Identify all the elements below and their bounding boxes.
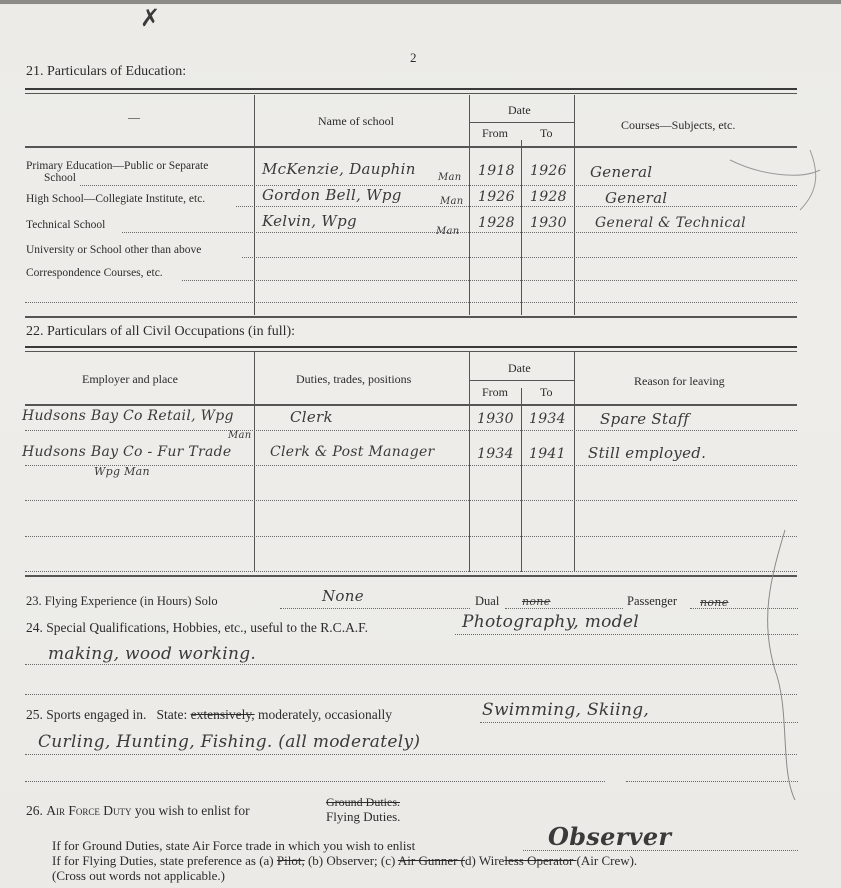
section22-top-rule: [25, 346, 797, 352]
flying-duties-question: If for Flying Duties, state preference a…: [52, 853, 637, 869]
header-duties: Duties, trades, positions: [296, 372, 411, 387]
header-date: Date: [508, 361, 531, 376]
option-wireless-operator: less Operator: [504, 853, 576, 868]
col-divider: [469, 95, 470, 315]
trade-answer-value[interactable]: Observer: [548, 822, 671, 851]
occ-reason-value[interactable]: Spare Staff: [600, 410, 689, 428]
edu-school-note: Man: [438, 172, 462, 183]
dotted-line: [25, 754, 797, 755]
col-divider: [574, 352, 575, 572]
col-divider: [521, 140, 522, 315]
section25-prefix: 25. Sports engaged in. State:: [26, 707, 187, 722]
air-crew-label: (Air Crew).: [577, 853, 638, 868]
dotted-line: [25, 430, 797, 431]
header-category: —: [128, 110, 140, 125]
header-from: From: [482, 385, 508, 400]
margin-check-mark: ✗: [140, 4, 160, 32]
option-air-gunner: Air Gunner (: [398, 853, 465, 868]
dotted-line: [25, 536, 797, 537]
edu-to-value[interactable]: 1928: [530, 189, 567, 205]
edu-school-value[interactable]: Kelvin, Wpg: [262, 212, 357, 230]
edu-row-label: Correspondence Courses, etc.: [26, 267, 163, 279]
header-courses: Courses—Subjects, etc.: [621, 118, 735, 133]
edu-to-value[interactable]: 1930: [530, 215, 567, 231]
col-divider: [254, 352, 255, 572]
page-number: 2: [410, 50, 417, 66]
occ-reason-value[interactable]: Still employed.: [588, 444, 706, 462]
cross-out-note: (Cross out words not applicable.): [52, 868, 225, 884]
section21-top-rule: [25, 88, 797, 94]
scan-edge: [0, 0, 841, 4]
section23-label: 23. Flying Experience (in Hours) Solo: [26, 594, 218, 609]
dotted-line: [280, 608, 470, 609]
edu-from-value[interactable]: 1918: [478, 163, 515, 179]
edu-from-value[interactable]: 1928: [478, 215, 515, 231]
dual-label: Dual: [475, 594, 499, 609]
occ-employer-note: Wpg Man: [94, 465, 150, 478]
section21-bottom-rule: [25, 316, 797, 318]
header-bottom-rule: [25, 404, 797, 406]
occ-to-value[interactable]: 1934: [529, 411, 566, 427]
edu-school-note: Man: [436, 226, 460, 237]
col-divider: [574, 95, 575, 315]
option-flying-duties: Flying Duties.: [326, 809, 400, 825]
header-from: From: [482, 126, 508, 141]
edu-row-label: Technical School: [26, 219, 105, 231]
option-extensively: extensively,: [191, 707, 255, 722]
ground-duties-question: If for Ground Duties, state Air Force tr…: [52, 838, 415, 854]
option-pilot: Pilot,: [277, 853, 305, 868]
qualifications-line1[interactable]: Photography, model: [462, 612, 639, 632]
occ-employer-value[interactable]: Hudsons Bay Co - Fur Trade: [22, 444, 232, 460]
col-divider: [521, 388, 522, 572]
header-name-of-school: Name of school: [318, 114, 394, 129]
section24-label: 24. Special Qualifications, Hobbies, etc…: [26, 620, 368, 636]
header-to: To: [540, 385, 553, 400]
dotted-line: [25, 571, 797, 572]
header-bottom-rule: [25, 146, 797, 148]
occ-employer-note: Man: [228, 430, 252, 441]
option-d-label: d) Wire: [465, 853, 504, 868]
edu-school-value[interactable]: McKenzie, Dauphin: [262, 160, 416, 178]
dotted-line: [25, 781, 605, 782]
solo-hours-value[interactable]: None: [322, 587, 364, 605]
air-force-duty-label: Air Force Duty: [46, 803, 131, 818]
edu-row-label: Primary Education—Public or Separate: [26, 160, 208, 172]
edu-row-label: High School—Collegiate Institute, etc.: [26, 193, 205, 205]
occ-duties-value[interactable]: Clerk & Post Manager: [270, 444, 435, 460]
edu-from-value[interactable]: 1926: [478, 189, 515, 205]
edu-row-label-cont: School: [44, 172, 76, 184]
date-header-rule: [469, 122, 574, 123]
header-to: To: [540, 126, 553, 141]
form-page: ✗ 2 21. Particulars of Education: — Name…: [0, 0, 841, 888]
section21-title: 21. Particulars of Education:: [26, 64, 186, 80]
edu-row-label: University or School other than above: [26, 244, 201, 256]
date-header-rule: [469, 380, 574, 381]
section22-title: 22. Particulars of all Civil Occupations…: [26, 324, 295, 340]
section26-label: 26. Air Force Duty you wish to enlist fo…: [26, 803, 250, 819]
edu-to-value[interactable]: 1926: [530, 163, 567, 179]
options-rest: moderately, occasionally: [258, 707, 392, 722]
edu-courses-value[interactable]: General: [605, 189, 667, 207]
option-observer: (b) Observer; (c): [308, 853, 395, 868]
pencil-margin-stroke: [700, 150, 841, 850]
dotted-line: [25, 694, 797, 695]
section25-label: 25. Sports engaged in. State: extensivel…: [26, 707, 392, 723]
occ-duties-value[interactable]: Clerk: [290, 408, 333, 426]
dotted-line: [25, 500, 797, 501]
section22-bottom-rule: [25, 575, 797, 577]
col-divider: [254, 95, 255, 315]
col-divider: [469, 352, 470, 572]
occ-from-value[interactable]: 1930: [477, 411, 514, 427]
dotted-line: [80, 185, 797, 186]
header-employer: Employer and place: [82, 372, 178, 387]
qualifications-line2[interactable]: making, wood working.: [48, 644, 256, 664]
occ-employer-value[interactable]: Hudsons Bay Co Retail, Wpg: [22, 408, 234, 424]
occ-to-value[interactable]: 1941: [529, 446, 566, 462]
section26-num: 26.: [26, 803, 43, 818]
flying-q-prefix: If for Flying Duties, state preference a…: [52, 853, 274, 868]
sports-line2[interactable]: Curling, Hunting, Fishing. (all moderate…: [38, 732, 420, 752]
sports-line1[interactable]: Swimming, Skiing,: [482, 700, 649, 720]
edu-courses-value[interactable]: General: [590, 163, 652, 181]
header-date: Date: [508, 103, 531, 118]
dual-hours-value[interactable]: none: [522, 595, 551, 608]
dotted-line: [25, 302, 797, 303]
edu-school-value[interactable]: Gordon Bell, Wpg: [262, 186, 402, 204]
dotted-line: [25, 664, 797, 665]
option-ground-duties: Ground Duties.: [326, 795, 400, 810]
passenger-label: Passenger: [627, 594, 677, 609]
edu-school-note: Man: [440, 196, 464, 207]
dotted-line: [505, 608, 623, 609]
section26-label-rest: you wish to enlist for: [135, 803, 250, 818]
occ-from-value[interactable]: 1934: [477, 446, 514, 462]
